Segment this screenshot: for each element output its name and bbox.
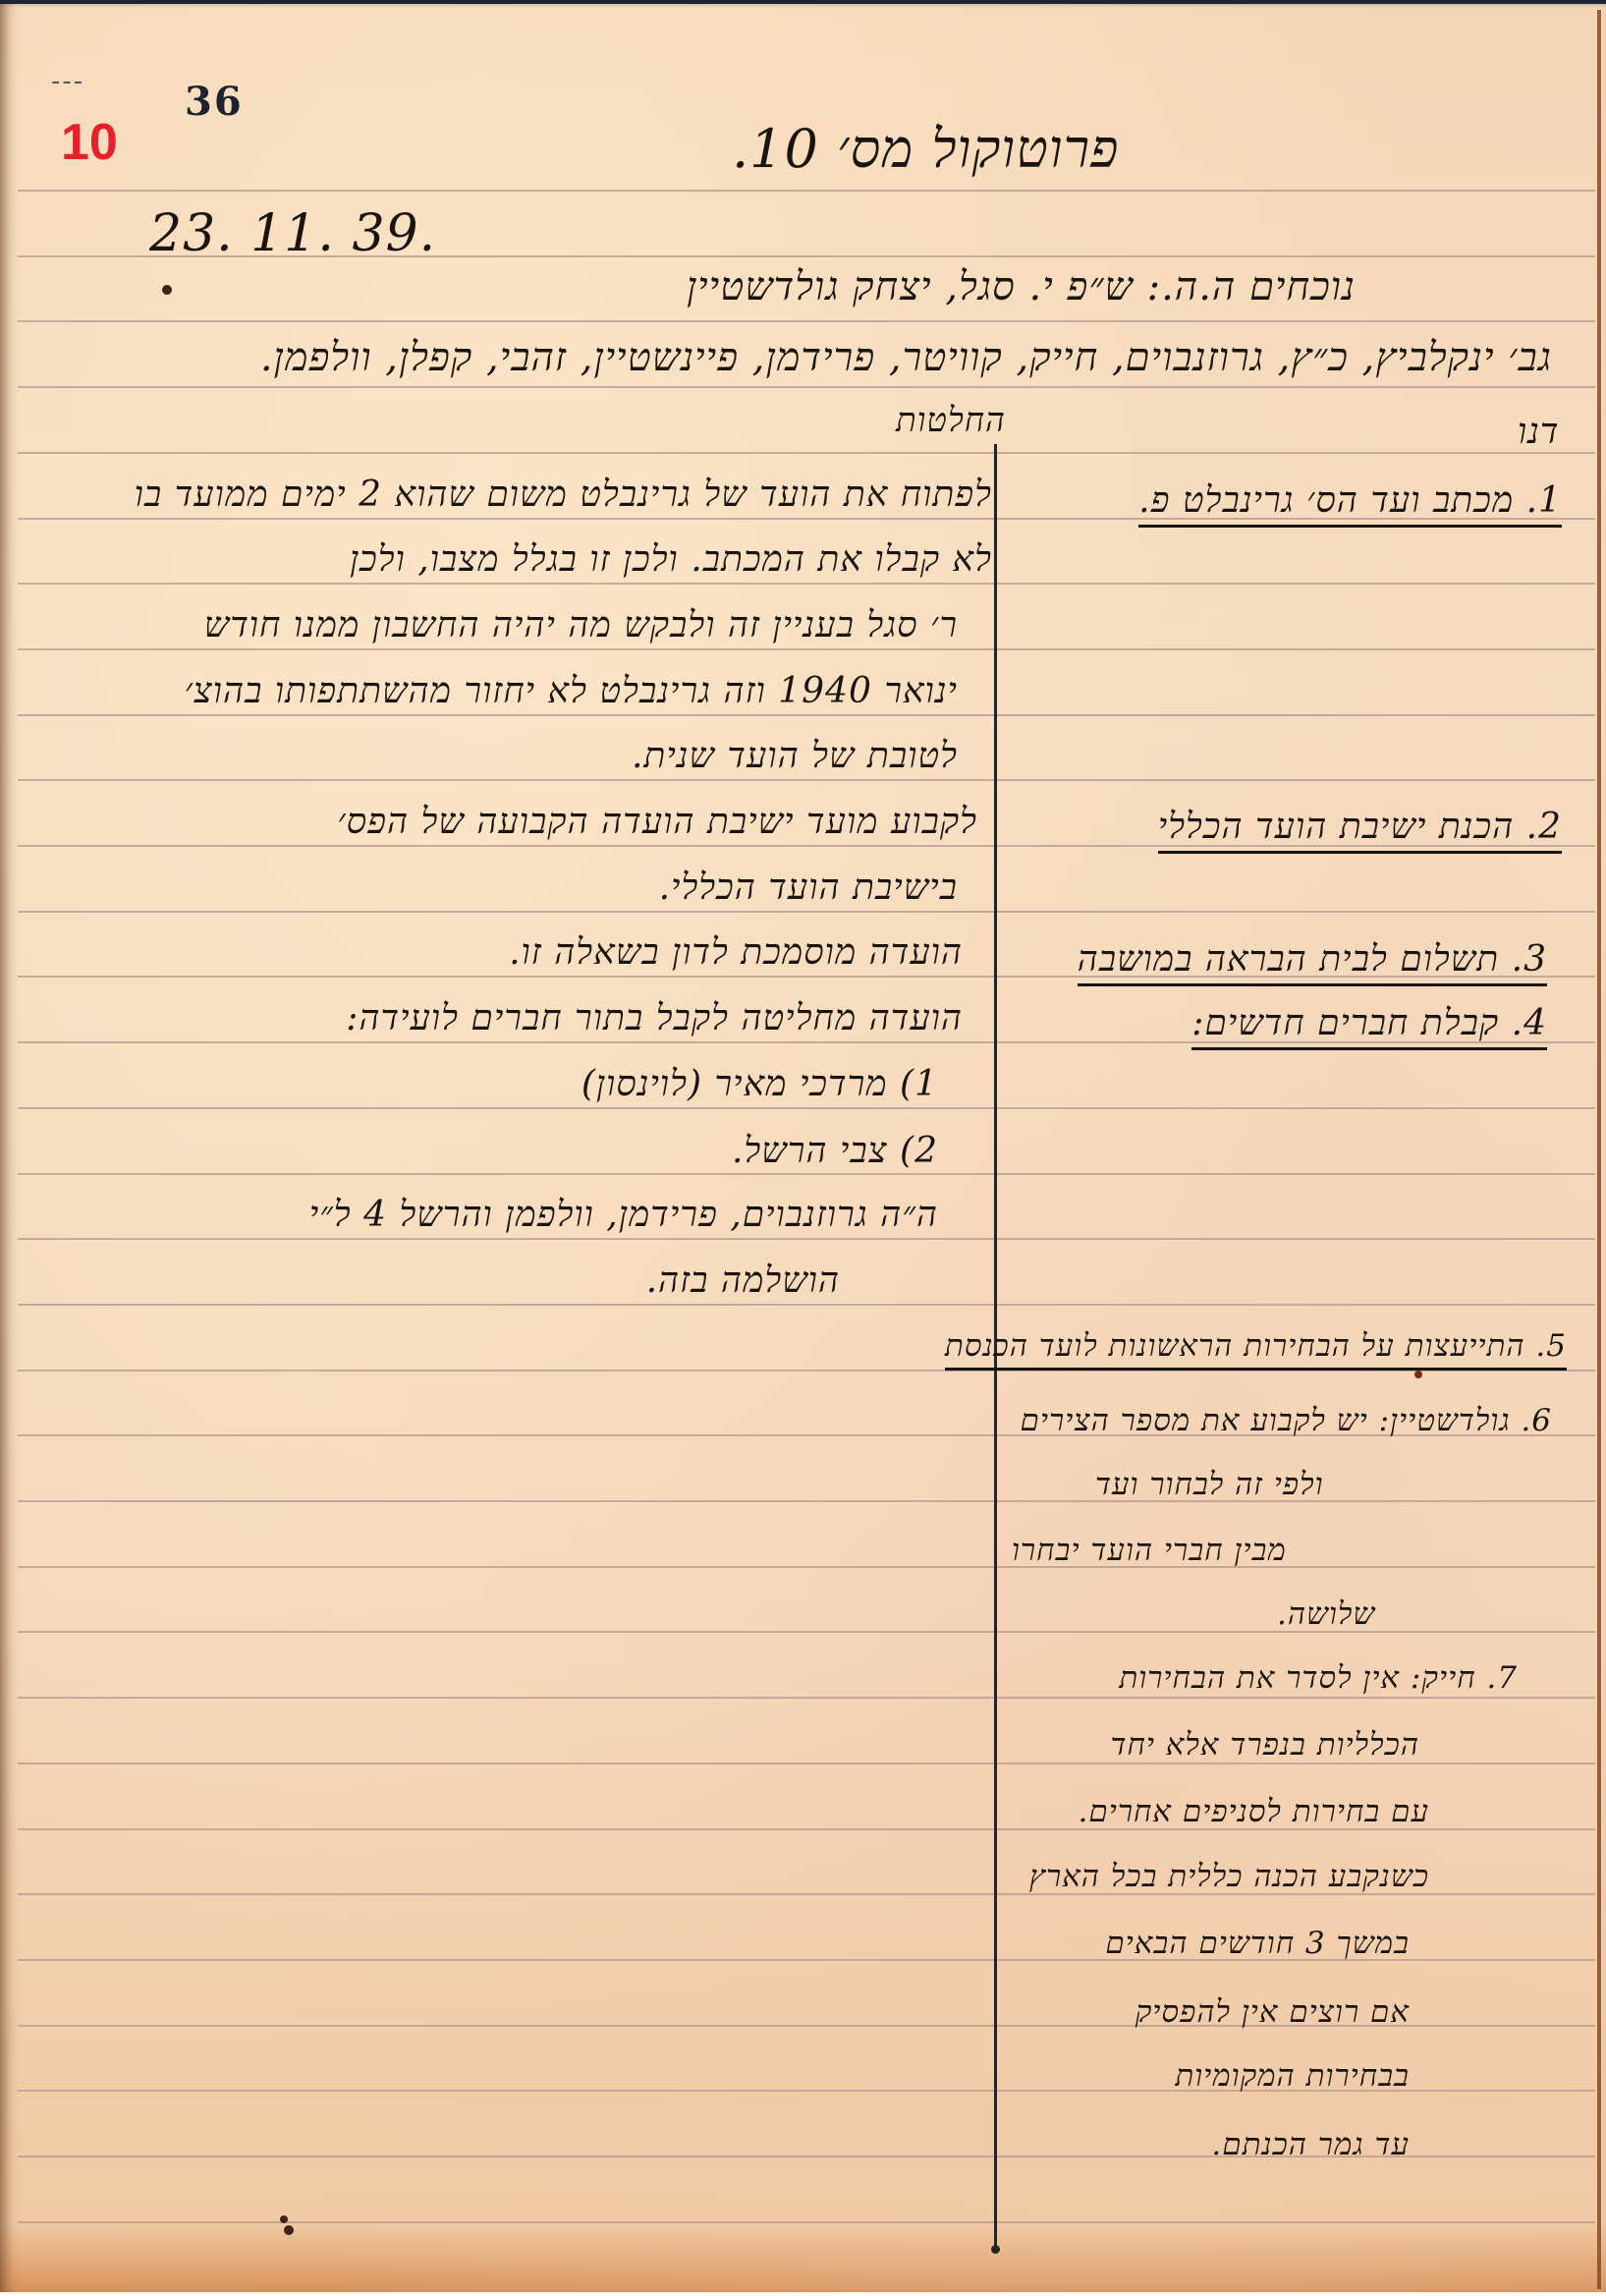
agenda-item-text: התייעצות על הבחירות הראשונות לועד הכנסת [945,1328,1525,1364]
agenda-item-6-line-3: מבין חברי הועד יבחרו [1012,1533,1287,1568]
ruled-line [18,648,1595,650]
agenda-item-number: 4. [1512,1003,1547,1043]
ruled-line [18,320,1595,322]
agenda-item-6-line-1: 6. גולדשטיין: יש לקבוע את מספר הצירים [1021,1403,1552,1438]
ruled-line [18,190,1595,192]
agenda-item-6-line-4: שלושה. [1277,1596,1375,1632]
agenda-column-label: דנו [1518,411,1560,452]
attendees-line-1: נוכחים ה.ה.: ש״פ י. סגל, יצחק גולדשטיין [687,263,1356,309]
decision-1-line-5: לטובת של הועד שנית. [632,735,958,776]
decisions-column-label: החלטות [896,401,1006,440]
agenda-item-3: 3. תשלום לבית הבראה במושבה [1078,938,1547,986]
agenda-item-number: 2. [1526,807,1562,847]
agenda-item-5: 5. התייעצות על הבחירות הראשונות לועד הכנ… [945,1328,1567,1371]
agenda-item-7-line-1: 7. חייק: אין לסדר את הבחירות [1119,1660,1518,1696]
decision-3-line-1: הועדה מוסמכת לדון בשאלה זו. [509,931,963,973]
ink-speck [280,2215,288,2223]
paper-right-margin-line [1597,10,1601,2289]
meeting-date: 23. 11. 39. [149,204,436,263]
decision-4-line-1: הועדה מחליטה לקבל בתור חברים לועידה: [346,997,963,1038]
ruled-line [18,911,1595,913]
agenda-item-7-line-5: במשך 3 חודשים הבאים [1105,1926,1410,1961]
agenda-item-6-line-2: ולפי זה לבחור ועד [1095,1467,1324,1502]
decision-2-line-2: בישיבת הועד הכללי. [659,867,958,908]
agenda-item-7-line-4: כשנקבע הכנה כללית בכל הארץ [1029,1859,1429,1894]
agenda-item-7-line-7: בבחירות המקומיות [1175,2058,1410,2094]
ruled-line [18,1566,1595,1568]
agenda-item-4: 4. קבלת חברים חדשים: [1191,1002,1547,1050]
ruled-line [18,1238,1595,1240]
agenda-item-1: 1. מכתב ועד הס׳ גרינבלט פ. [1138,479,1562,528]
ink-speck [284,2225,294,2235]
ink-speck [1414,1371,1422,1378]
agenda-item-7-line-6: אם רוצים אין להפסיק [1135,1994,1410,2030]
protocol-title: פרוטוקול מס׳ 10. [732,118,1119,180]
scan-top-edge [0,0,1606,4]
decision-1-line-2: לא קבלו את המכתב. ולכן זו בגלל מצבו, ולכ… [350,538,992,580]
ruled-line [18,1107,1595,1109]
decision-4-footer-line-2: הושלמה בזה. [646,1260,840,1301]
ruled-line [18,1500,1595,1502]
ruled-line [18,2221,1595,2223]
agenda-item-2: 2. הכנת ישיבת הועד הכללי [1158,806,1562,854]
agenda-item-number: 3. [1512,939,1547,980]
agenda-item-number: 1. [1526,480,1562,521]
agenda-item-text: מכתב ועד הס׳ גרינבלט פ. [1138,480,1514,521]
decision-1-line-3: ר׳ סגל בעניין זה ולבקש מה יהיה החשבון ממ… [204,604,958,645]
stamp-page-number: 36 [185,79,244,125]
page-marker-red: 10 [61,113,118,172]
decision-2-line-1: לקבוע מועד ישיבת הועדה הקבועה של הפס׳ [337,801,977,842]
corner-mark: --- [51,67,84,96]
ruled-line [18,1763,1595,1764]
decision-1-line-1: לפתוח את הועד של גרינבלט משום שהוא 2 ימי… [135,474,992,515]
ruled-line [18,779,1595,781]
agenda-item-7-line-8: עד גמר הכנתם. [1211,2127,1410,2162]
ruled-line [18,583,1595,585]
new-member-2: 2) צבי הרשל. [732,1130,938,1171]
decision-4-footer-line-1: ה״ה גרוזנבוים, פרידמן, וולפמן והרשל 4 ל״… [309,1194,938,1235]
ruled-line [18,1304,1595,1306]
agenda-item-text: הכנת ישיבת הועד הכללי [1158,807,1514,847]
agenda-item-number: 6. [1521,1403,1552,1438]
agenda-item-number: 7. [1486,1660,1518,1696]
agenda-item-text: קבלת חברים חדשים: [1191,1003,1499,1043]
ruled-line [18,452,1595,454]
ruled-line [18,714,1595,716]
ruled-line [18,386,1595,388]
agenda-item-text: גולדשטיין: יש לקבוע את מספר הצירים [1021,1403,1511,1438]
attendees-line-2: גב׳ ינקלביץ, כ״ץ, גרוזנבוים, חייק, קוויט… [260,334,1552,380]
new-member-1: 1) מרדכי מאיר (לוינסון) [581,1063,938,1104]
agenda-item-7-line-3: עם בחירות לסניפים אחרים. [1079,1794,1430,1829]
ruled-line [18,1697,1595,1699]
decision-1-line-4: ינואר 1940 וזה גרינבלט לא יחזור מהשתתפות… [185,670,958,711]
agenda-item-number: 5. [1535,1328,1567,1364]
agenda-item-text: חייק: אין לסדר את הבחירות [1119,1660,1475,1696]
agenda-item-text: תשלום לבית הבראה במושבה [1078,939,1500,980]
ink-speck [162,285,172,295]
ruled-line [18,1173,1595,1175]
agenda-item-7-line-2: הכלליות בנפרד אלא יחד [1110,1727,1419,1763]
